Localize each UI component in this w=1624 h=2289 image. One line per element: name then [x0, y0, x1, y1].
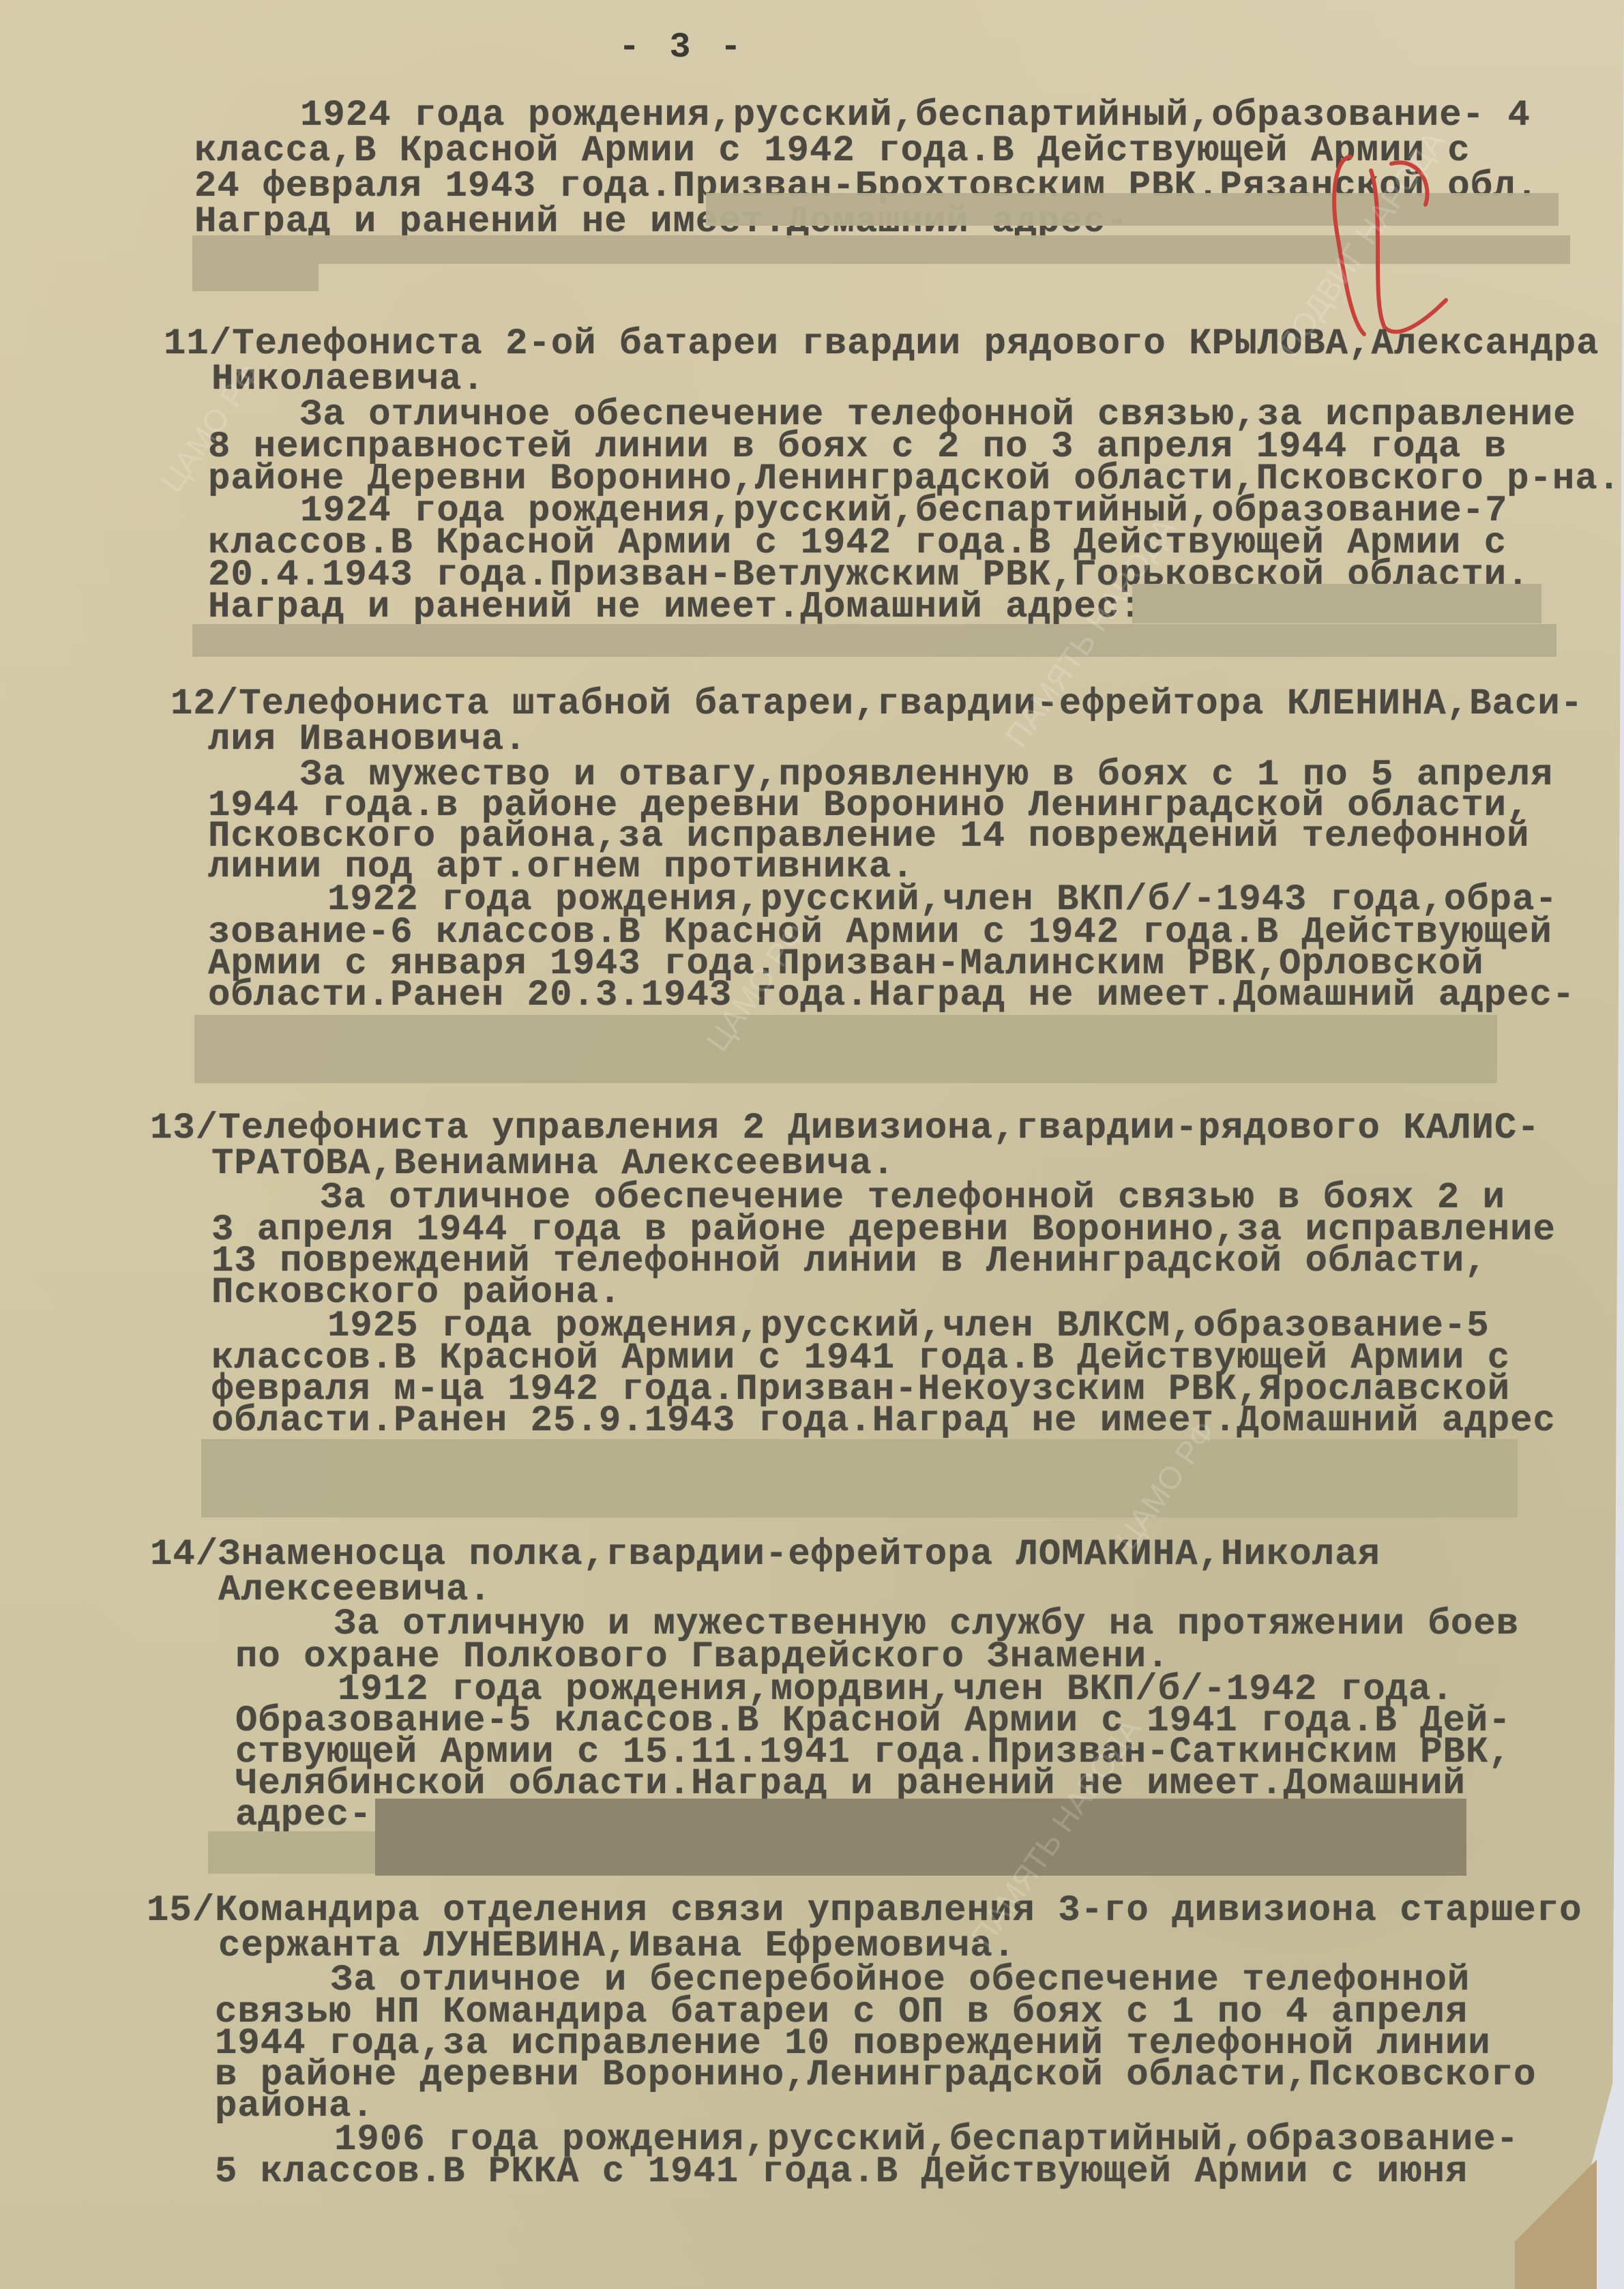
entry-12-line: области.Ранен 20.3.1943 года.Наград не и…	[208, 975, 1575, 1016]
redaction-block	[1132, 584, 1541, 623]
entry-15-line: в районе деревни Воронино,Ленинградской …	[215, 2055, 1537, 2096]
redaction-block	[201, 1439, 1518, 1518]
entry-15-line: 5 классов.В РККА с 1941 года.В Действующ…	[215, 2152, 1468, 2193]
entry-14-line: адрес-	[235, 1795, 372, 1836]
red-pencil-mark-icon	[1269, 130, 1494, 355]
redaction-block	[194, 1015, 1497, 1083]
entry-11-line: Наград и ранений не имеет.Домашний адрес…	[208, 587, 1142, 628]
folded-corner	[1515, 2112, 1597, 2289]
redaction-block	[192, 624, 1556, 657]
entry-13-line: области.Ранен 25.9.1943 года.Наград не и…	[211, 1401, 1556, 1442]
redaction-block	[208, 1831, 379, 1874]
redaction-block	[375, 1799, 1466, 1876]
page-number: - 3 -	[614, 27, 750, 68]
redaction-block	[192, 264, 319, 291]
